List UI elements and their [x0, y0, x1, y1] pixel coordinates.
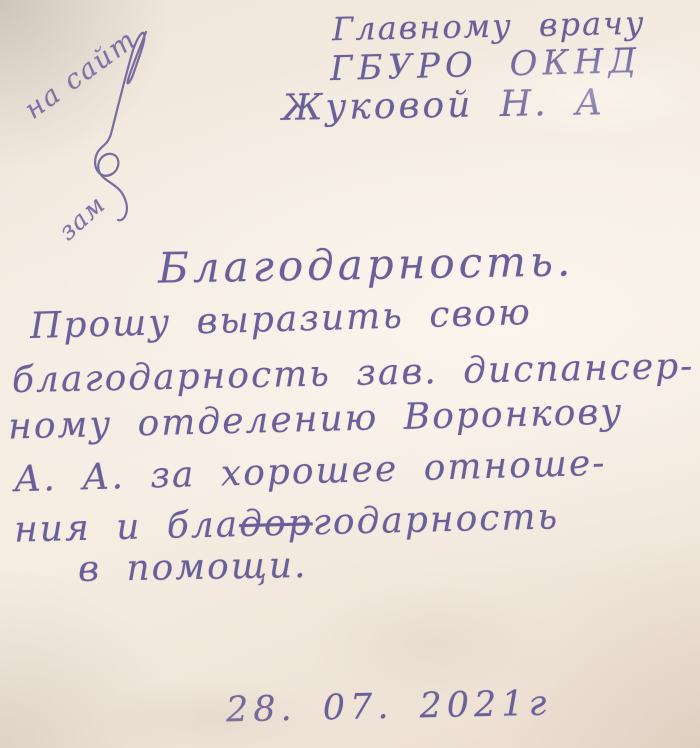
body-line: ния и бладоргодарность	[14, 499, 560, 548]
recipient-line-1: Главному врачу	[332, 7, 646, 46]
recipient-line-2: ГБУРО ОКНД	[330, 44, 642, 86]
body-line: А. А. за хорошее отноше-	[14, 446, 607, 499]
body-line: в помощи.	[78, 548, 308, 588]
body-line: ному отделению Воронкову	[8, 394, 624, 445]
recipient-line-3: Жуковой Н. А	[282, 85, 606, 127]
body-line-5-suffix: годарность	[312, 496, 559, 543]
body-line: Прошу выразить свою	[30, 295, 533, 345]
handwritten-letter-photo: на сайт зам Главному врачу ГБУРО ОКНД Жу…	[0, 0, 700, 748]
crossed-out-word: дор	[239, 502, 314, 545]
body-line-5-prefix: ния и бла	[14, 504, 240, 550]
signature-scribble	[86, 26, 181, 226]
letter-date: 28. 07. 2021г	[226, 687, 552, 729]
letter-title: Благодарность.	[158, 240, 575, 289]
